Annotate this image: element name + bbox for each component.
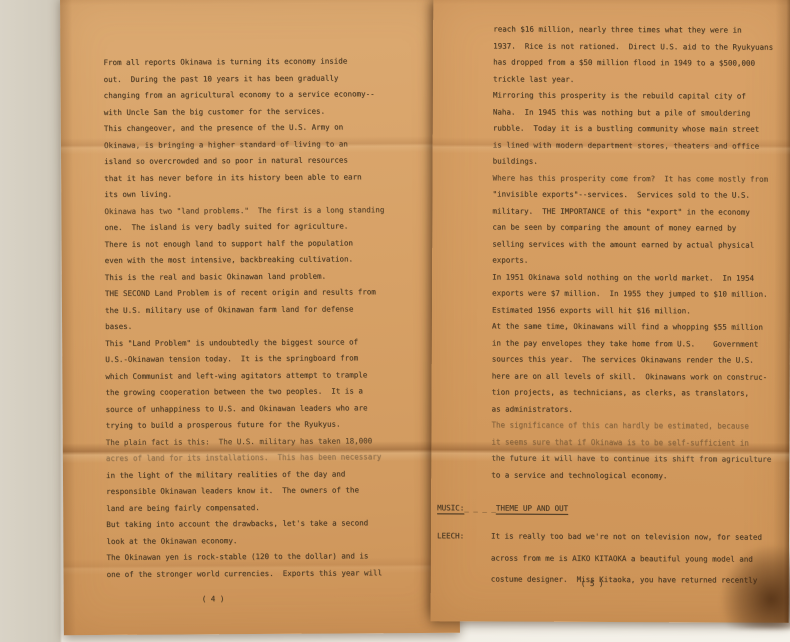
- text-line: This "Land Problem" is undoubtedly the b…: [105, 334, 385, 352]
- text-line: in the pay envelopes they take home from…: [492, 335, 772, 353]
- text-line: 1937. Rice is not rationed. Direct U.S. …: [493, 38, 773, 56]
- text-line: In 1951 Okinawa sold nothing on the worl…: [492, 269, 772, 287]
- page-left: From all reports Okinawa is turning its …: [60, 0, 460, 635]
- text-line: This is the real and basic Okinawan land…: [105, 268, 385, 286]
- text-line: to a service and technological economy.: [491, 467, 771, 485]
- text-line: with Uncle Sam the big customer for the …: [104, 103, 384, 121]
- text-line: military. THE IMPORTANCE of this "export…: [492, 203, 772, 221]
- music-cue-dashes: _ _ _ _: [464, 503, 496, 512]
- text-line: as administrators.: [492, 401, 772, 419]
- text-line: in the light of the military realities o…: [106, 466, 386, 484]
- text-line: There is not enough land to support half…: [105, 235, 385, 253]
- text-line: Okinawa has two "land problems." The fir…: [104, 202, 384, 220]
- text-line: can be seen by comparing the amount of m…: [492, 219, 772, 237]
- text-line: "invisible exports"--services. Services …: [492, 186, 772, 204]
- text-line: At the same time, Okinawans will find a …: [492, 318, 772, 336]
- text-line: selling services with the amount earned …: [492, 236, 772, 254]
- text-line: From all reports Okinawa is turning its …: [103, 53, 383, 71]
- text-line: rubble. Today it is a bustling community…: [493, 120, 773, 138]
- text-line: THE SECOND Land Problem is of recent ori…: [105, 284, 385, 302]
- text-line: one of the stronger world currencies. Ex…: [107, 565, 387, 583]
- text-line: Naha. In 1945 this was nothing but a pil…: [493, 104, 773, 122]
- text-line: which Communist and left-wing agitators …: [105, 367, 385, 385]
- text-line: trying to build a prosperous future for …: [106, 416, 386, 434]
- text-line: trickle last year.: [493, 71, 773, 89]
- text-line: This changeover, and the presence of the…: [104, 119, 384, 137]
- text-line: the future it will have to continue its …: [491, 450, 771, 468]
- text-line: look at the Okinawan economy.: [106, 532, 386, 550]
- page-number-right: ( 5 ): [581, 579, 604, 588]
- text-line: out. During the past 10 years it has bee…: [104, 70, 384, 88]
- text-line: here are on all levels of skill. Okinawa…: [492, 368, 772, 386]
- text-line: costume designer. Miss Kitaoka, you have…: [491, 568, 762, 591]
- text-line: exports.: [492, 252, 772, 270]
- text-line: even with the most intensive, backbreaki…: [105, 251, 385, 269]
- text-line: The plain fact is this: The U.S. militar…: [106, 433, 386, 451]
- text-line: across from me is AIKO KITAOKA a beautif…: [491, 547, 762, 570]
- text-line: tion projects, as technicians, as clerks…: [492, 384, 772, 402]
- page-number-left: ( 4 ): [202, 594, 225, 603]
- text-line: Estimated 1956 exports will hit $16 mill…: [492, 302, 772, 320]
- text-line: The significance of this can hardly be e…: [491, 417, 771, 435]
- music-cue-text: THEME UP AND OUT: [496, 503, 568, 512]
- text-line: land are being fairly compensated.: [106, 499, 386, 517]
- scanned-typescript-background: From all reports Okinawa is turning its …: [0, 0, 790, 642]
- text-line: sources this year. The services Okinawan…: [492, 351, 772, 369]
- text-line: But taking into account the drawbacks, l…: [106, 515, 386, 533]
- text-line: the U.S. military use of Okinawan farm l…: [105, 301, 385, 319]
- text-line: Mirroring this prosperity is the rebuild…: [493, 87, 773, 105]
- text-line: It is really too bad we're not on televi…: [491, 525, 762, 548]
- page-left-text: From all reports Okinawa is turning its …: [103, 53, 386, 583]
- text-line: bases.: [105, 317, 385, 335]
- text-line: U.S.-Okinawan tension today. It is the s…: [105, 350, 385, 368]
- text-line: island so overcrowded and so poor in nat…: [104, 152, 384, 170]
- text-line: The Okinawan yen is rock-stable (120 to …: [106, 548, 386, 566]
- text-line: it seems sure that if Okinawa is to be s…: [491, 434, 771, 452]
- text-line: exports were $7 million. In 1955 they ju…: [492, 285, 772, 303]
- text-line: Where has this prosperity come from? It …: [493, 170, 773, 188]
- text-line: its own living.: [104, 185, 384, 203]
- text-line: responsible Okinawan leaders know it. Th…: [106, 482, 386, 500]
- dialogue-lines: It is really too bad we're not on televi…: [491, 525, 762, 591]
- text-line: source of unhappiness to U.S. and Okinaw…: [106, 400, 386, 418]
- text-line: one. The island is very badly suited for…: [104, 218, 384, 236]
- music-cue: MUSIC:_ _ _ _THEME UP AND OUT: [437, 503, 568, 513]
- text-line: that it has never before in its history …: [104, 169, 384, 187]
- page-right-text: reach $16 million, nearly three times wh…: [491, 21, 773, 484]
- text-line: has dropped from a $50 million flood in …: [493, 54, 773, 72]
- text-line: Okinawa, is bringing a higher standard o…: [104, 136, 384, 154]
- text-line: reach $16 million, nearly three times wh…: [493, 21, 773, 39]
- text-line: is lined with modern department stores, …: [493, 137, 773, 155]
- text-line: changing from an agricultural economy to…: [104, 86, 384, 104]
- page-right: reach $16 million, nearly three times wh…: [431, 0, 790, 623]
- text-line: buildings.: [493, 153, 773, 171]
- dialogue-speaker: LEECH:: [437, 525, 491, 590]
- text-line: acres of land for its installations. Thi…: [106, 449, 386, 467]
- music-cue-label: MUSIC:: [437, 503, 464, 512]
- text-line: the growing cooperation between the two …: [105, 383, 385, 401]
